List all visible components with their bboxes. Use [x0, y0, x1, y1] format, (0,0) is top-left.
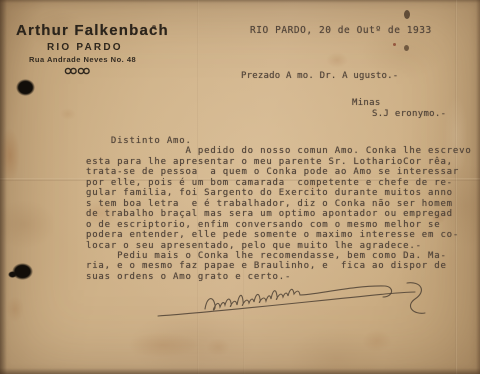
letter-body-line: gular familia, foi Sargento do Exercito …	[86, 188, 472, 198]
letter-body-line: esta para lhe apresentar o meu parente S…	[86, 157, 472, 167]
letter-body: Distinto Amo. A pedido do nosso comun Am…	[86, 136, 472, 282]
letter-body-line: s tem boa letra e é trabalhador, diz o C…	[86, 199, 472, 209]
signature	[55, 281, 445, 339]
letter-body-line: por elle, pois é um bom camarada compete…	[86, 178, 472, 188]
letter-body-line: ria, e o mesmo faz papae e Braulinho, e …	[86, 261, 472, 271]
letter-body-line: Distinto Amo.	[86, 136, 472, 146]
punch-hole-tear	[8, 271, 17, 278]
letterhead-address: Rua Andrade Neves No. 48	[29, 55, 136, 64]
letter-body-line: locar o seu apresentado, pelo que muito …	[86, 241, 472, 251]
letter-body-line: Pediu mais o Conka lhe recomendasse, bem…	[86, 251, 472, 261]
salutation-line: Prezado A mo. Dr. A ugusto.-	[241, 71, 398, 81]
signature-name-stroke	[205, 286, 392, 310]
punch-hole-bottom	[12, 263, 33, 280]
letter-body-line: trata-se de pessoa a quem o Conka pode a…	[86, 167, 472, 177]
letterhead-name: Arthur Falkenbach	[16, 22, 169, 39]
scanned-letter-page: Arthur Falkenbach RIO PARDO Rua Andrade …	[0, 0, 480, 374]
letter-body-line: de trabalho braçal mas sera um optimo ap…	[86, 209, 472, 219]
letterhead-city: RIO PARDO	[47, 42, 123, 53]
date-line: RIO PARDO, 20 de Outº de 1933	[250, 25, 432, 36]
spectacles-ornament-icon	[64, 66, 91, 76]
signature-flourish-stroke	[407, 283, 425, 314]
letter-body-line: podera entender, elle pede somente o max…	[86, 230, 472, 240]
destination-state: Minas	[352, 98, 381, 108]
destination-city: S.J eronymo.-	[372, 109, 446, 119]
signature-underline-stroke	[158, 292, 415, 316]
letter-body-line: o de escriptorio, enfim conversando com …	[86, 220, 472, 230]
letter-body-line: A pedido do nosso comun Amo. Conka lhe e…	[86, 146, 472, 156]
